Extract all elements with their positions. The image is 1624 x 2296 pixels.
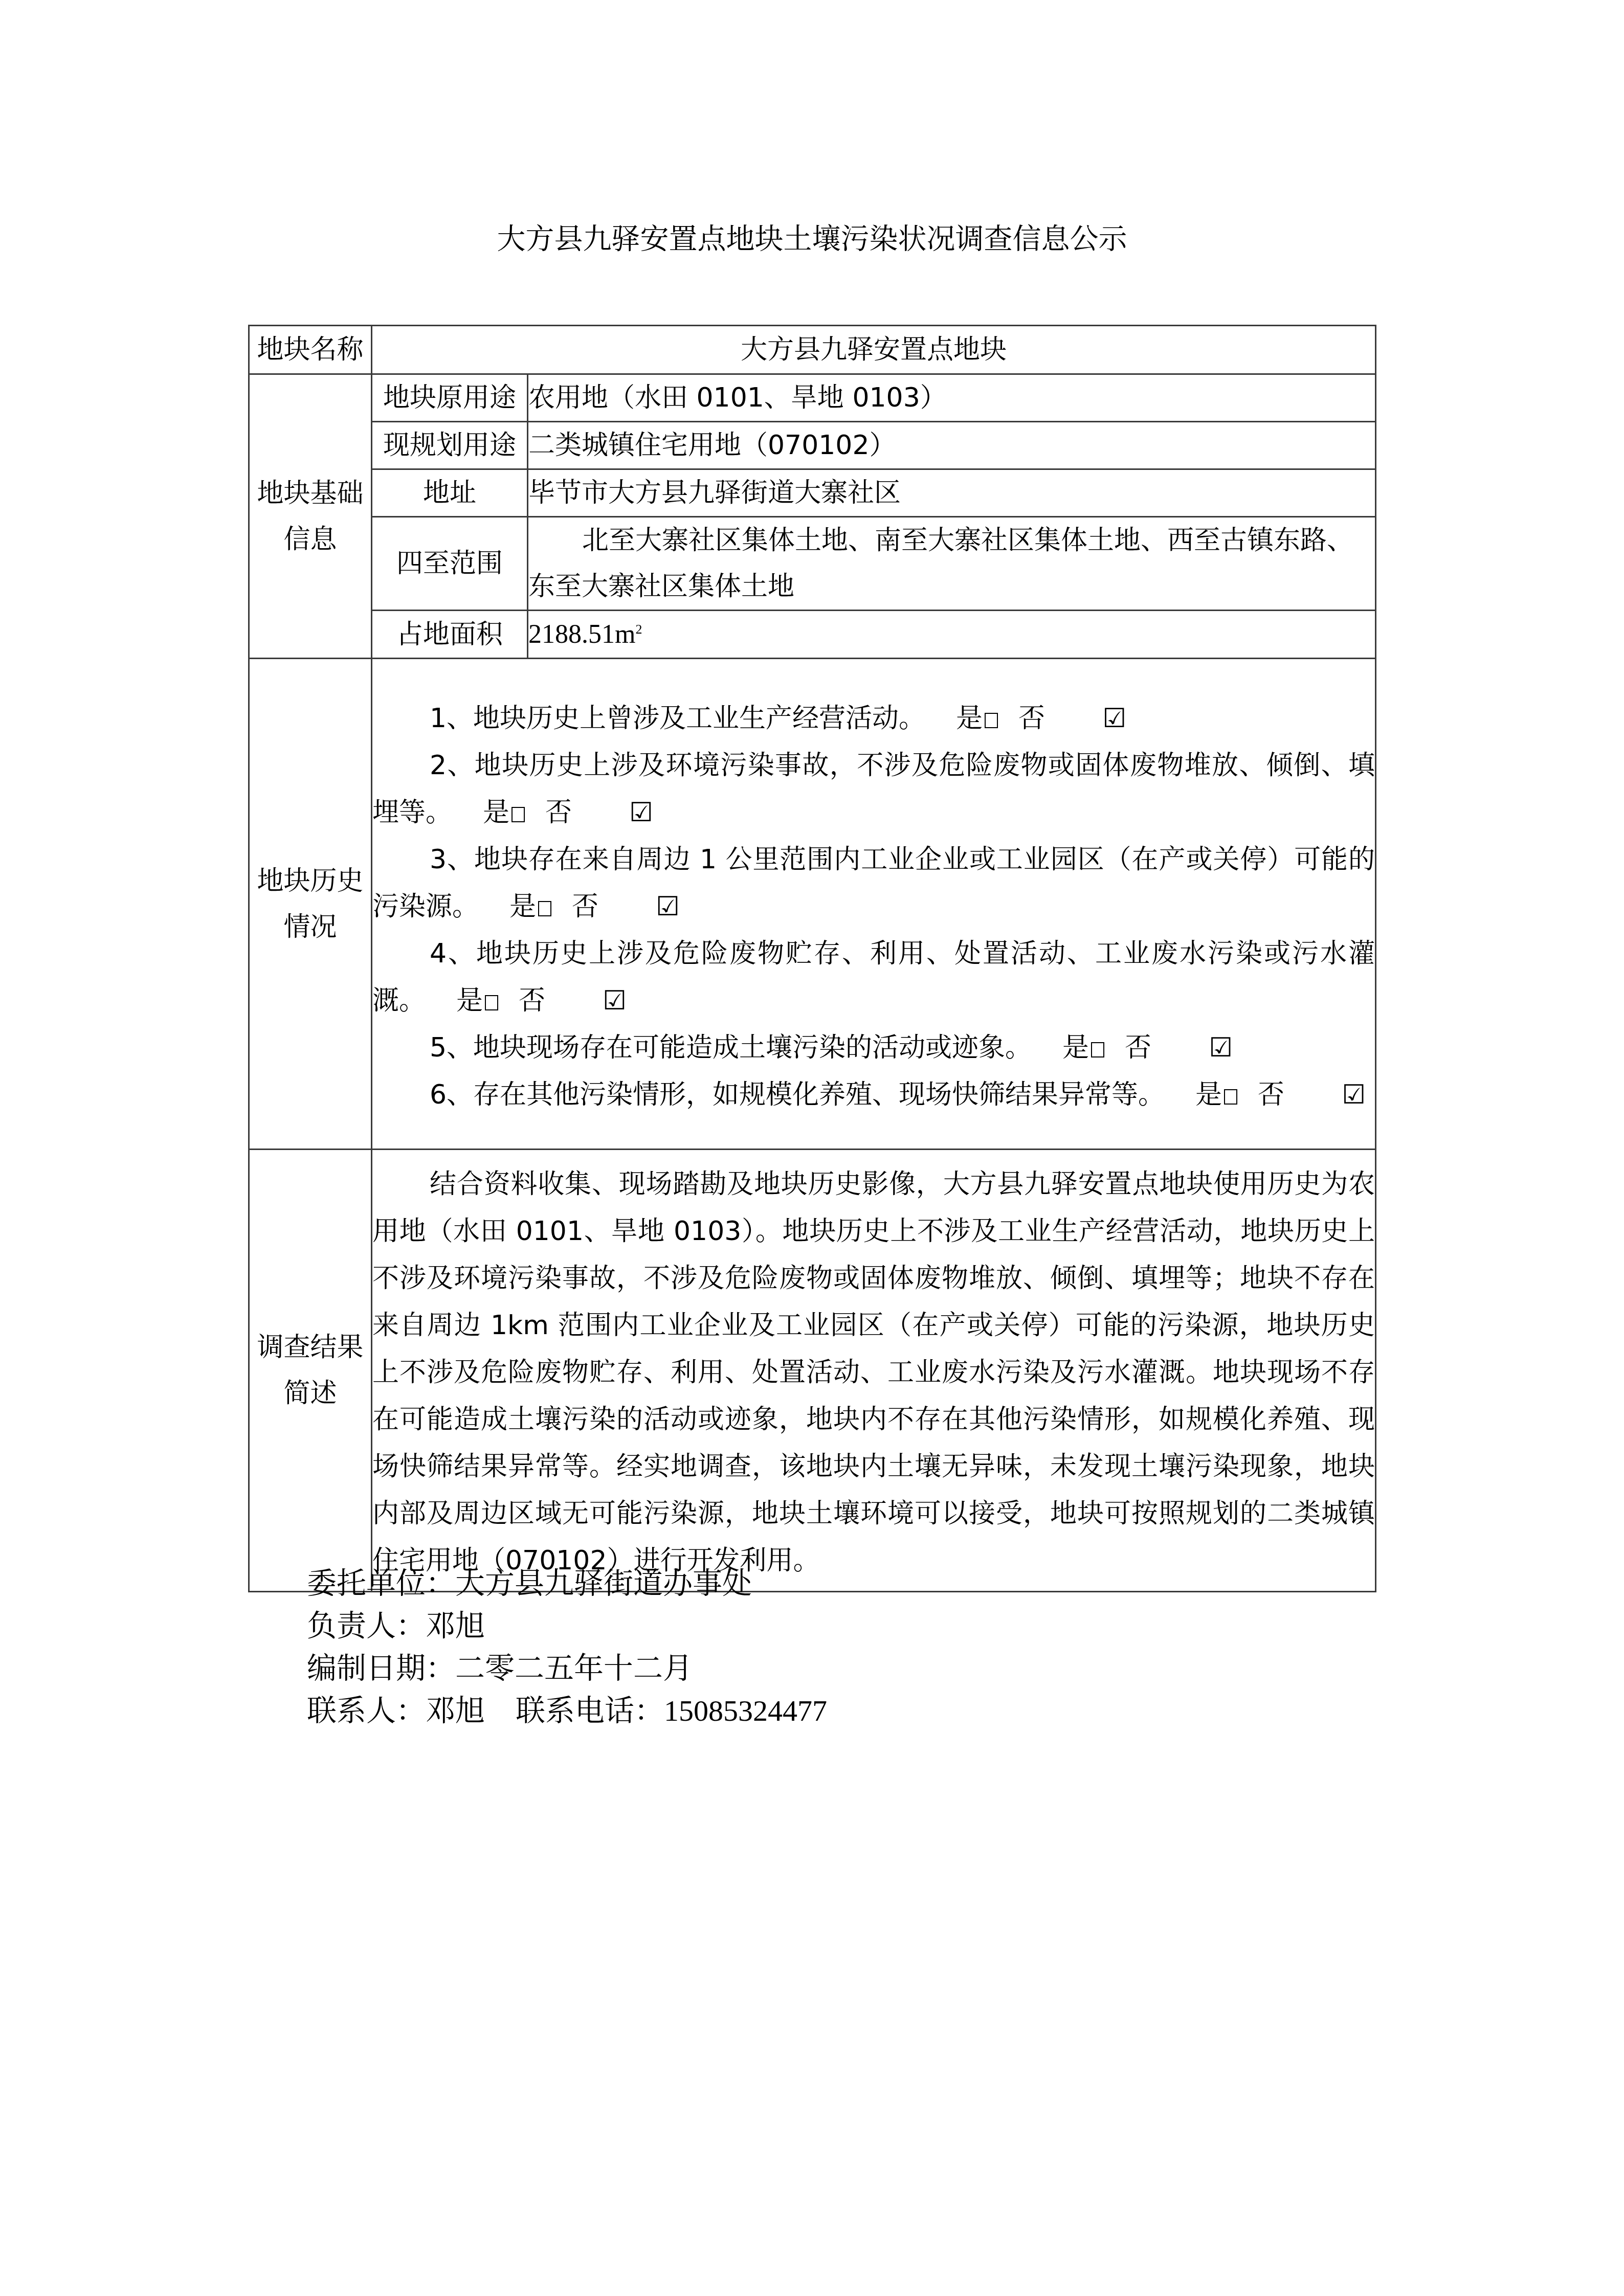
yes-label: 是 xyxy=(456,985,483,1016)
result-content: 结合资料收集、现场踏勘及地块历史影像，大方县九驿安置点地块使用历史为农用地（水田… xyxy=(372,1150,1376,1592)
yes-no-group: 是否☑ xyxy=(452,797,653,828)
yes-no-group: 是否☑ xyxy=(925,703,1126,734)
site-name-value: 大方县九驿安置点地块 xyxy=(372,326,1376,374)
checkbox-empty-icon[interactable] xyxy=(1091,1042,1104,1057)
history-item-3: 3、地块存在来自周边 1 公里范围内工业企业或工业园区（在产或关停）可能的污染源… xyxy=(372,836,1375,930)
yes-label: 是 xyxy=(1062,1032,1089,1063)
checkbox-checked-icon[interactable]: ☑ xyxy=(598,893,680,920)
site-name-label: 地块名称 xyxy=(249,326,372,374)
boundaries-text: 北至大寨社区集体土地、南至大寨社区集体土地、西至古镇东路、东至大寨社区集体土地 xyxy=(528,517,1375,610)
no-label: 否 xyxy=(1125,1032,1151,1063)
checkbox-empty-icon[interactable] xyxy=(1224,1089,1237,1105)
contact-phone: 联系电话：15085324477 xyxy=(516,1694,827,1727)
yes-no-group: 是否☑ xyxy=(1032,1032,1233,1063)
history-item-2: 2、地块历史上涉及环境污染事故，不涉及危险废物或固体废物堆放、倾倒、填埋等。是否… xyxy=(372,742,1375,836)
checkbox-empty-icon[interactable] xyxy=(485,995,498,1010)
history-label: 地块历史 情况 xyxy=(249,659,372,1150)
compile-date: 编制日期：二零二五年十二月 xyxy=(307,1647,827,1690)
planned-use-label: 现规划用途 xyxy=(372,422,528,469)
address-row: 地址 毕节市大方县九驿街道大寨社区 xyxy=(249,469,1376,517)
basic-info-label-line1: 地块基础 xyxy=(250,470,371,516)
area-number: 2188.51m xyxy=(528,620,635,649)
basic-info-label: 地块基础 信息 xyxy=(249,374,372,659)
checkbox-checked-icon[interactable]: ☑ xyxy=(1284,1082,1366,1108)
result-label-line1: 调查结果 xyxy=(250,1324,371,1370)
commissioning-unit: 委托单位：大方县九驿街道办事处 xyxy=(307,1562,827,1605)
result-label: 调查结果 简述 xyxy=(249,1150,372,1592)
address-value: 毕节市大方县九驿街道大寨社区 xyxy=(528,469,1376,517)
history-item-6: 6、存在其他污染情形，如规模化养殖、现场快筛结果异常等。是否☑ xyxy=(372,1071,1375,1118)
yes-label: 是 xyxy=(509,891,536,922)
history-content: 1、地块历史上曾涉及工业生产经营活动。是否☑ 2、地块历史上涉及环境污染事故，不… xyxy=(372,659,1376,1150)
history-item-1: 1、地块历史上曾涉及工业生产经营活动。是否☑ xyxy=(372,695,1375,742)
history-row: 地块历史 情况 1、地块历史上曾涉及工业生产经营活动。是否☑ 2、地块历史上涉及… xyxy=(249,659,1376,1150)
no-label: 否 xyxy=(1258,1079,1284,1110)
boundaries-label: 四至范围 xyxy=(372,517,528,611)
boundaries-row: 四至范围 北至大寨社区集体土地、南至大寨社区集体土地、西至古镇东路、东至大寨社区… xyxy=(249,517,1376,611)
site-info-table: 地块名称 大方县九驿安置点地块 地块基础 信息 地块原用途 农用地（水田 010… xyxy=(248,325,1376,1592)
checkbox-empty-icon[interactable] xyxy=(511,807,525,822)
history-item-4: 4、地块历史上涉及危险废物贮存、利用、处置活动、工业废水污染或污水灌溉。是否☑ xyxy=(372,930,1375,1024)
checkbox-checked-icon[interactable]: ☑ xyxy=(572,799,653,826)
original-use-row: 地块基础 信息 地块原用途 农用地（水田 0101、旱地 0103） xyxy=(249,374,1376,422)
checkbox-empty-icon[interactable] xyxy=(538,901,551,916)
basic-info-label-line2: 信息 xyxy=(250,516,371,562)
original-use-label: 地块原用途 xyxy=(372,374,528,422)
contact-person: 联系人：邓旭 xyxy=(307,1694,485,1727)
history-item-5: 5、地块现场存在可能造成土壤污染的活动或迹象。是否☑ xyxy=(372,1024,1375,1071)
area-value: 2188.51m2 xyxy=(528,611,1376,659)
area-row: 占地面积 2188.51m2 xyxy=(249,611,1376,659)
checkbox-checked-icon[interactable]: ☑ xyxy=(1151,1034,1233,1061)
document-title: 大方县九驿安置点地块土壤污染状况调查信息公示 xyxy=(0,219,1624,260)
history-list: 1、地块历史上曾涉及工业生产经营活动。是否☑ 2、地块历史上涉及环境污染事故，不… xyxy=(372,690,1375,1118)
result-summary-text: 结合资料收集、现场踏勘及地块历史影像，大方县九驿安置点地块使用历史为农用地（水田… xyxy=(372,1157,1375,1584)
planned-use-value: 二类城镇住宅用地（070102） xyxy=(528,422,1376,469)
original-use-value: 农用地（水田 0101、旱地 0103） xyxy=(528,374,1376,422)
no-label: 否 xyxy=(1018,703,1045,734)
planned-use-row: 现规划用途 二类城镇住宅用地（070102） xyxy=(249,422,1376,469)
address-label: 地址 xyxy=(372,469,528,517)
no-label: 否 xyxy=(519,985,545,1016)
history-label-line2: 情况 xyxy=(250,904,371,950)
contact-line: 联系人：邓旭联系电话：15085324477 xyxy=(307,1690,827,1732)
boundaries-value: 北至大寨社区集体土地、南至大寨社区集体土地、西至古镇东路、东至大寨社区集体土地 xyxy=(528,517,1376,611)
document-footer: 委托单位：大方县九驿街道办事处 负责人：邓旭 编制日期：二零二五年十二月 联系人… xyxy=(307,1562,827,1732)
history-item-text: 5、地块现场存在可能造成土壤污染的活动或迹象。 xyxy=(430,1032,1032,1063)
area-label: 占地面积 xyxy=(372,611,528,659)
area-unit-superscript: 2 xyxy=(635,622,642,637)
no-label: 否 xyxy=(572,891,598,922)
yes-label: 是 xyxy=(483,797,509,828)
yes-label: 是 xyxy=(956,703,983,734)
yes-label: 是 xyxy=(1195,1079,1222,1110)
result-row: 调查结果 简述 结合资料收集、现场踏勘及地块历史影像，大方县九驿安置点地块使用历… xyxy=(249,1150,1376,1592)
no-label: 否 xyxy=(545,797,572,828)
responsible-person: 负责人：邓旭 xyxy=(307,1605,827,1647)
site-name-row: 地块名称 大方县九驿安置点地块 xyxy=(249,326,1376,374)
result-label-line2: 简述 xyxy=(250,1370,371,1416)
yes-no-group: 是否☑ xyxy=(1165,1079,1366,1110)
yes-no-group: 是否☑ xyxy=(479,891,680,922)
yes-no-group: 是否☑ xyxy=(426,985,627,1016)
history-item-text: 6、存在其他污染情形，如规模化养殖、现场快筛结果异常等。 xyxy=(430,1079,1165,1110)
history-item-text: 1、地块历史上曾涉及工业生产经营活动。 xyxy=(430,703,925,734)
checkbox-checked-icon[interactable]: ☑ xyxy=(1045,705,1126,732)
checkbox-checked-icon[interactable]: ☑ xyxy=(545,987,627,1014)
checkbox-empty-icon[interactable] xyxy=(985,713,998,728)
history-label-line1: 地块历史 xyxy=(250,858,371,904)
